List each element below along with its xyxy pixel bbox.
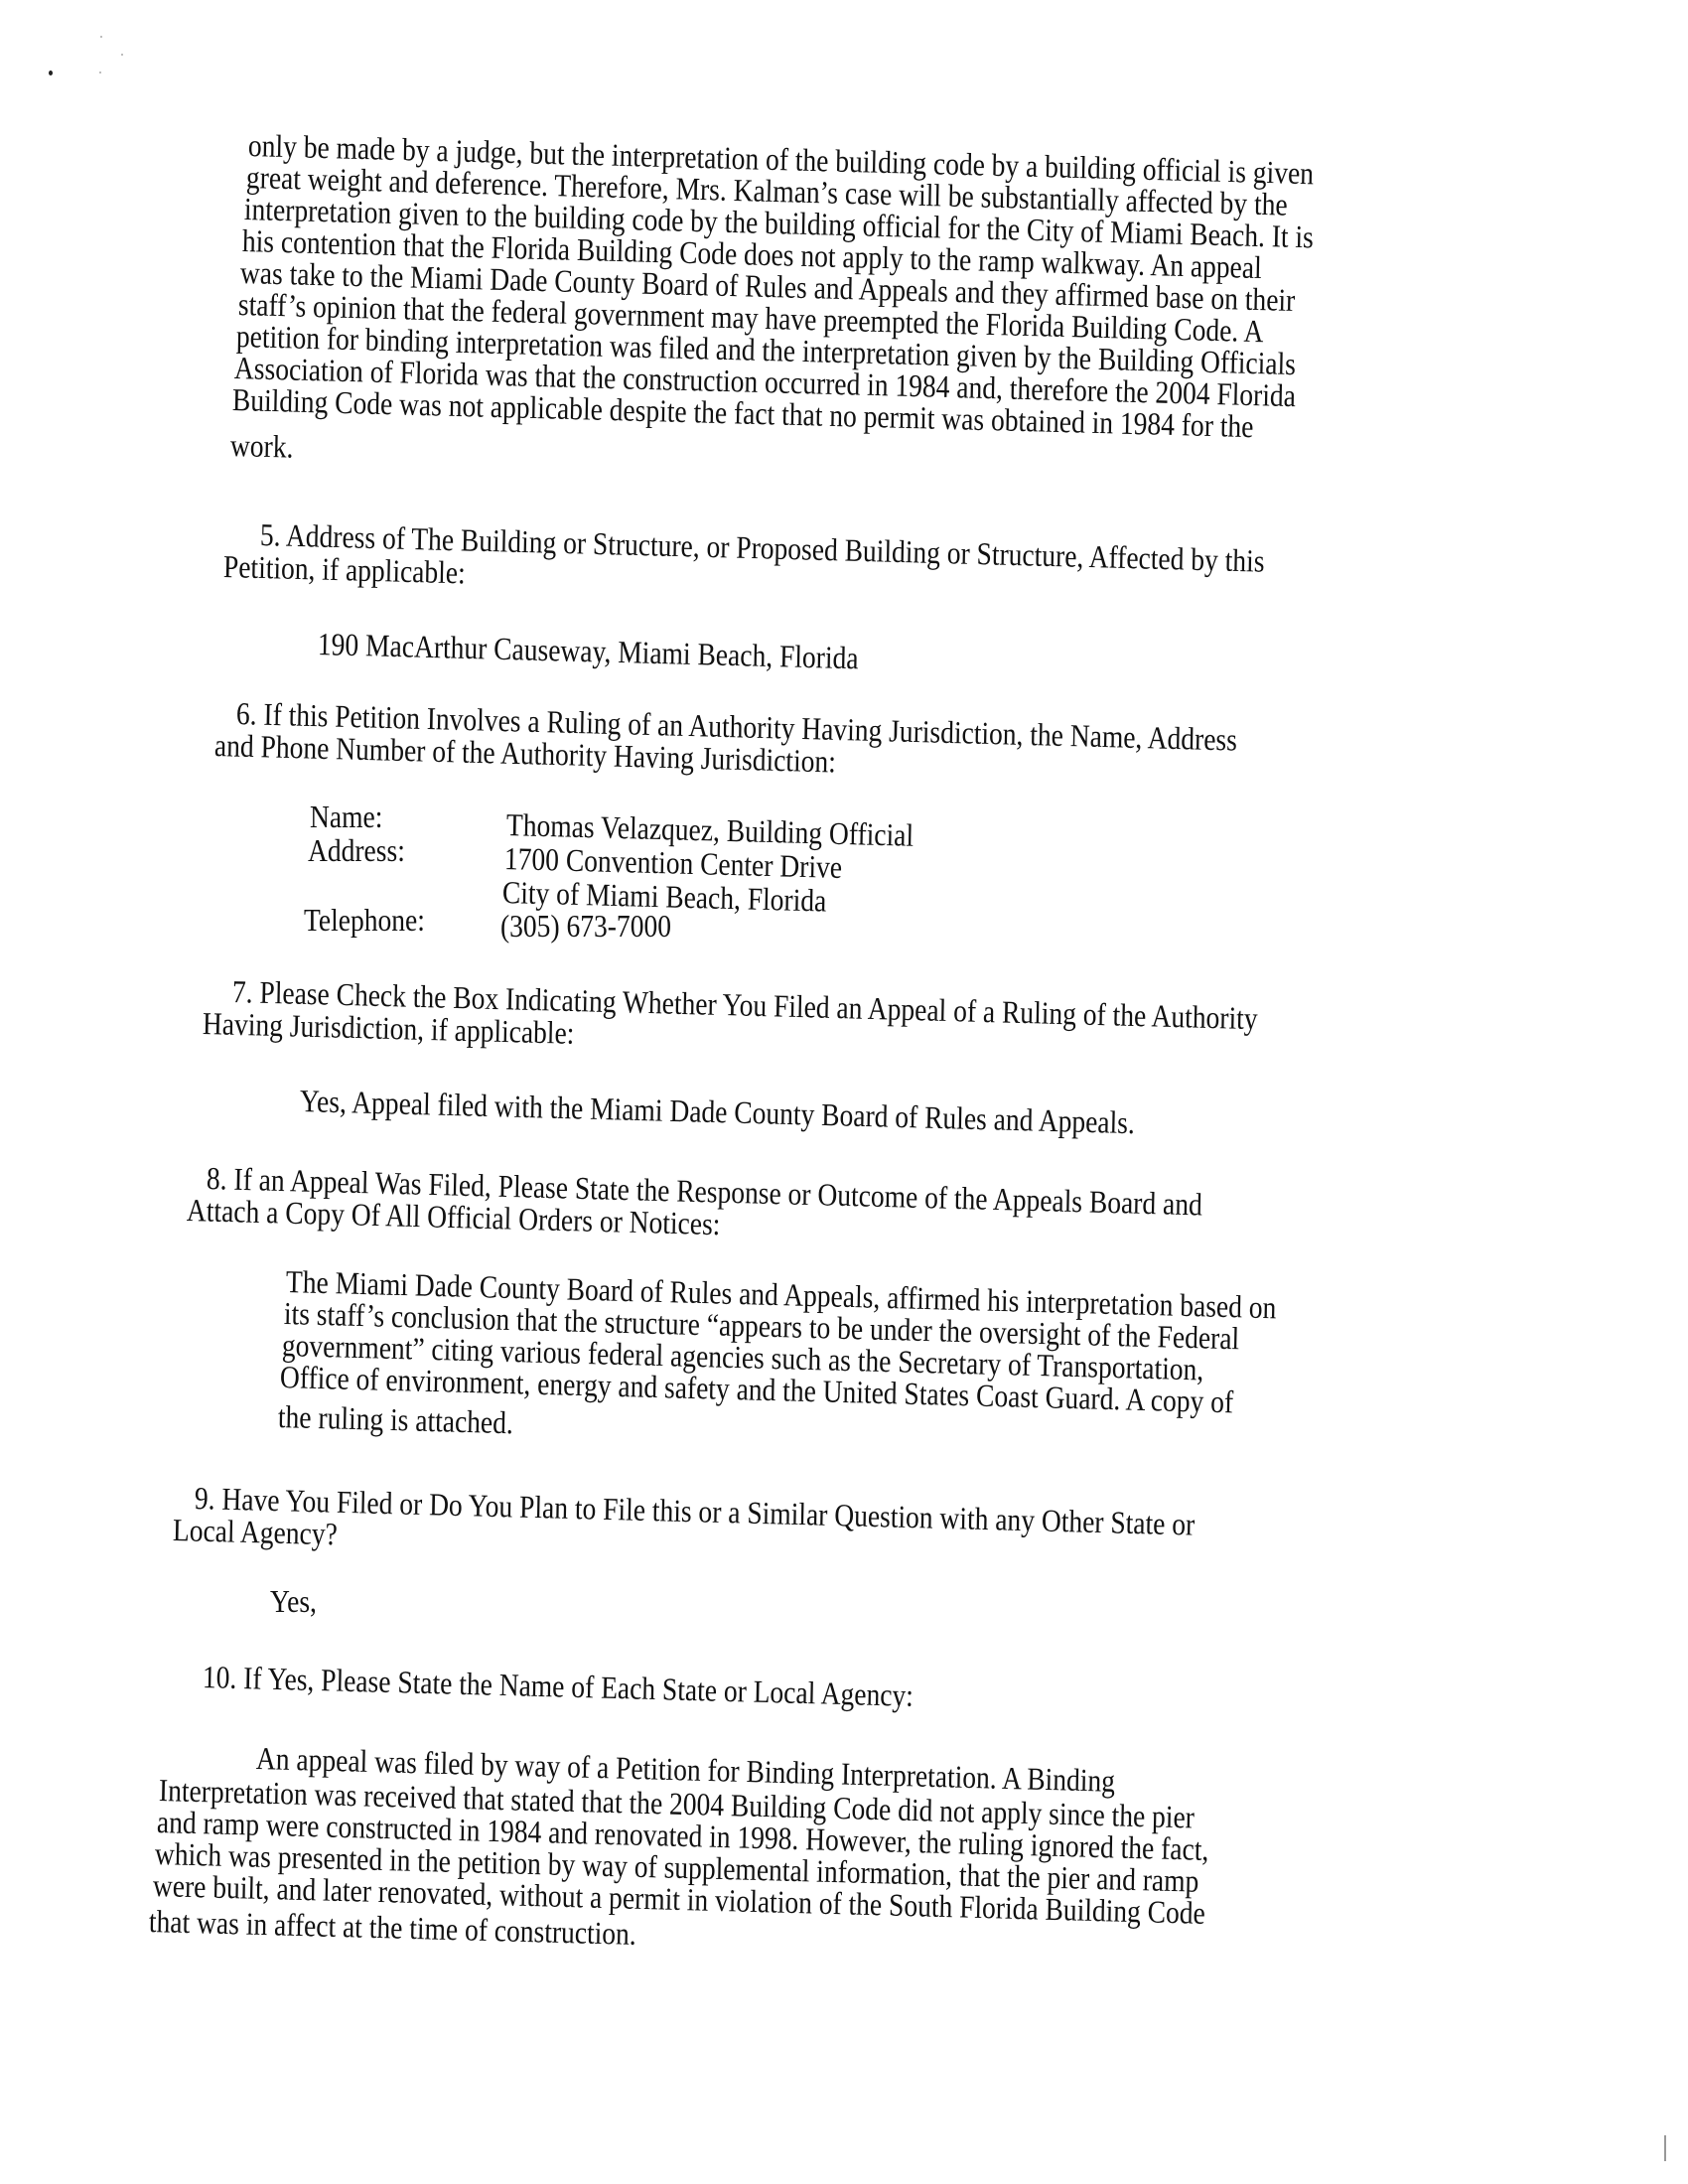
text-line: work. — [230, 427, 294, 465]
scan-speck — [100, 36, 102, 38]
scan-edge-mark — [1664, 2135, 1666, 2161]
name-label: Name: — [310, 799, 382, 834]
scan-speck — [49, 71, 53, 75]
item-5-answer: 190 MacArthur Causeway, Miami Beach, Flo… — [318, 626, 859, 675]
item-8-answer-line: the ruling is attached. — [278, 1398, 514, 1440]
telephone-value: (305) 673-7000 — [500, 908, 671, 944]
item-9-heading: 9. Have You Filed or Do You Plan to File… — [195, 1480, 1196, 1542]
telephone-label: Telephone: — [304, 902, 425, 938]
scan-speck — [99, 72, 101, 73]
item-5-heading-cont: Petition, if applicable: — [223, 548, 466, 590]
item-10-heading: 10. If Yes, Please State the Name of Eac… — [203, 1659, 914, 1713]
scan-speck — [121, 54, 123, 56]
address-label: Address: — [308, 832, 405, 868]
scanned-document-page: only be made by a judge, but the interpr… — [0, 0, 1688, 2184]
item-7-answer: Yes, Appeal filed with the Miami Dade Co… — [300, 1083, 1136, 1140]
item-9-answer: Yes, — [270, 1583, 317, 1619]
item-9-heading-cont: Local Agency? — [173, 1512, 338, 1551]
